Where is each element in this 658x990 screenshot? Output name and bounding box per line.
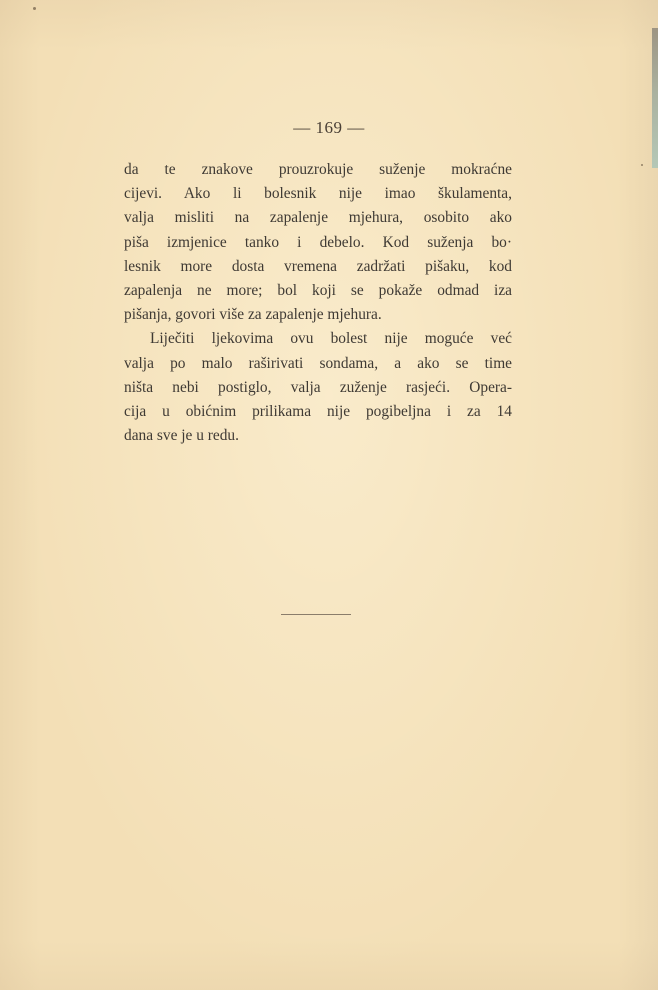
scanned-book-page: — 169 — da te znakove prouzrokuje suženj… xyxy=(0,0,658,990)
paragraph-2: Liječiti ljekovima ovu bolest nije moguć… xyxy=(124,327,512,448)
text-line: da te znakove prouzrokuje suženje mokrać… xyxy=(124,158,512,182)
paper-speck xyxy=(641,164,643,166)
page-edge-shadow xyxy=(652,28,658,168)
text-line: ništa nebi postiglo, valja zuženje rasje… xyxy=(124,376,512,400)
section-end-rule xyxy=(281,614,351,615)
text-line: dana sve je u redu. xyxy=(124,424,512,448)
text-line: valja po malo raširivati sondama, a ako … xyxy=(124,352,512,376)
text-line: valja misliti na zapalenje mjehura, osob… xyxy=(124,206,512,230)
paper-speck xyxy=(33,7,36,10)
body-text: da te znakove prouzrokuje suženje mokrać… xyxy=(124,158,512,448)
text-line: Liječiti ljekovima ovu bolest nije moguć… xyxy=(124,327,512,351)
text-line: lesnik more dosta vremena zadržati pišak… xyxy=(124,255,512,279)
paragraph-1: da te znakove prouzrokuje suženje mokrać… xyxy=(124,158,512,327)
text-line: cija u obićnim prilikama nije pogibeljna… xyxy=(124,400,512,424)
text-line: pišanja, govori više za zapalenje mjehur… xyxy=(124,303,512,327)
text-line: cijevi. Ako li bolesnik nije imao škulam… xyxy=(124,182,512,206)
page-number: — 169 — xyxy=(0,118,658,138)
text-line: piša izmjenice tanko i debelo. Kod sužen… xyxy=(124,231,512,255)
text-line: zapalenja ne more; bol koji se pokaže od… xyxy=(124,279,512,303)
